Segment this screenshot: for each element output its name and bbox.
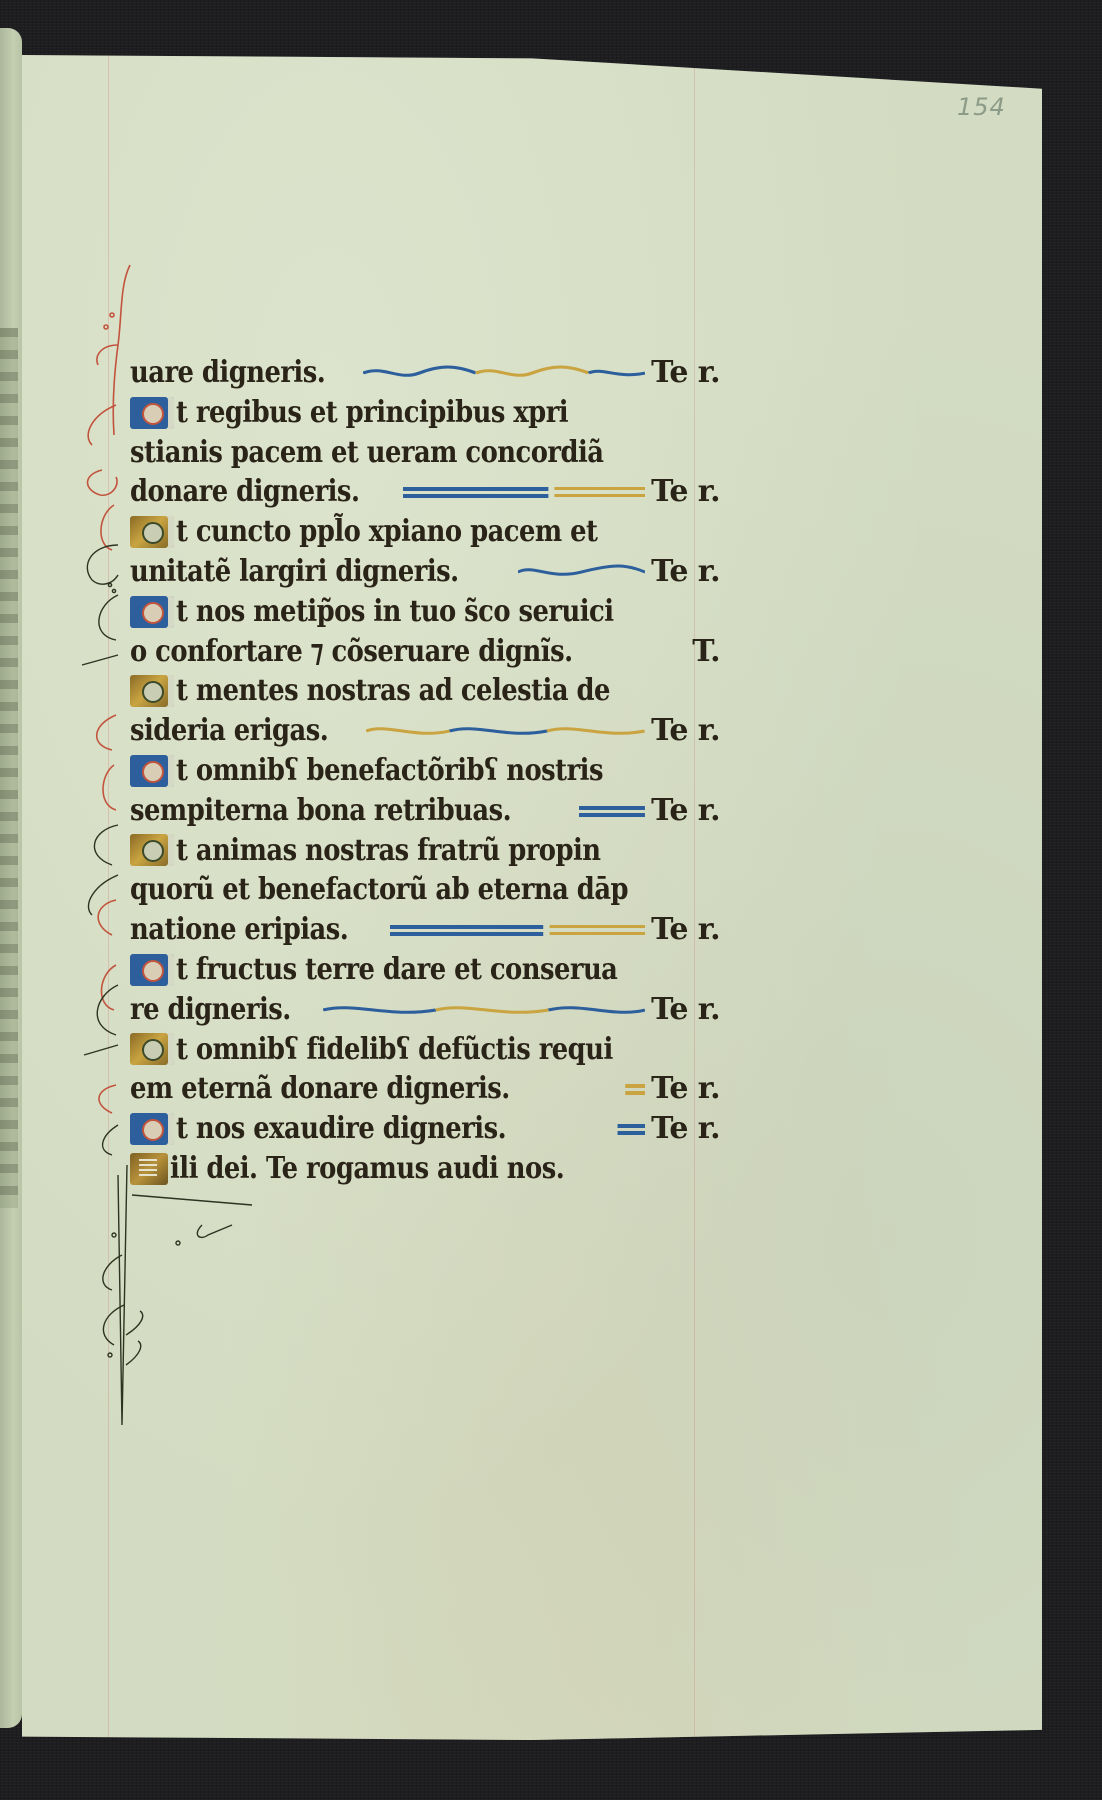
line-text: quorũ et benefactorũ ab eterna dāp [130,870,628,910]
line-response: Te r. [651,353,720,393]
line-response: Te r. [651,910,720,950]
line-text: t animas nostras fratrũ propin [176,831,601,871]
line-text: t mentes nostras ad celestia de [176,671,610,711]
line-filler-ornament [363,365,645,381]
line-text: t omnibʕ benefactõribʕ nostris [176,751,603,791]
line-response: Te r. [651,472,720,512]
text-line-20: t nos exaudire digneris. Te r. [130,1109,720,1149]
text-line-10: sideria erigas. Te r. [130,711,720,751]
text-line-6: unitatẽ largiri digneris. Te r. [130,552,720,592]
line-text: re digneris. [130,990,291,1030]
text-line-18: t omnibʕ fidelibʕ defũctis requi [130,1030,720,1070]
text-line-15: natione eripias. Te r. [130,910,720,950]
line-response: Te r. [651,791,720,831]
line-filler-ornament [390,922,645,938]
line-filler-ornament [518,564,645,580]
line-filler-ornament [566,1121,645,1137]
line-text: unitatẽ largiri digneris. [130,552,459,592]
line-text: ili dei. Te rogamus audi nos. [170,1149,564,1189]
text-line-11: t omnibʕ benefactõribʕ nostris [130,751,720,791]
text-line-8: o confortare ⁊ cõseruare dignĩs. T. [130,632,720,672]
text-line-17: re digneris. Te r. [130,990,720,1030]
line-response: Te r. [651,552,720,592]
line-filler-ornament [366,723,645,739]
previous-page-text-bleed [0,328,18,1208]
text-line-5: t cuncto ppl̃o xpiano pacem et [130,512,720,552]
line-text: t nos exaudire digneris. [176,1109,506,1149]
initial-u-blue [130,397,174,429]
black-penwork-tail-icon [82,1155,262,1455]
initial-f-gold [130,1153,168,1185]
initial-u-blue [130,755,174,787]
text-line-9: t mentes nostras ad celestia de [130,671,720,711]
text-line-16: t fructus terre dare et conserua [130,950,720,990]
line-text: stianis pacem et ueram concordiã [130,433,604,473]
text-line-7: t nos metip̃os in tuo s̃co seruici [130,592,720,632]
manuscript-page: 154 [22,55,1042,1740]
line-text: t regibus et principibus xpri [176,393,568,433]
folio-number: 154 [957,93,1006,121]
initial-u-gold [130,516,174,548]
text-line-4: donare digneris. Te r. [130,472,720,512]
line-filler-ornament [579,803,645,819]
initial-u-blue [130,954,174,986]
line-response: Te r. [651,990,720,1030]
line-filler-ornament [403,484,645,500]
line-response: Te r. [651,711,720,751]
line-text: t omnibʕ fidelibʕ defũctis requi [176,1030,613,1070]
initial-u-gold [130,675,174,707]
initial-u-blue [130,1113,174,1145]
line-text: t cuncto ppl̃o xpiano pacem et [176,512,597,552]
line-response: Te r. [651,1109,720,1149]
text-line-2: t regibus et principibus xpri [130,393,720,433]
line-text: sempiterna bona retribuas. [130,791,511,831]
line-filler-ornament [323,1002,645,1018]
line-text: em eternã donare digneris. [130,1069,510,1109]
text-line-21: ili dei. Te rogamus audi nos. [130,1149,720,1189]
line-text: o confortare ⁊ cõseruare dignĩs. [130,632,573,672]
line-response: Te r. [651,1069,720,1109]
text-line-13: t animas nostras fratrũ propin [130,831,720,871]
line-text: sideria erigas. [130,711,328,751]
initial-u-blue [130,596,174,628]
line-text: t nos metip̃os in tuo s̃co seruici [176,592,613,632]
line-text: uare digneris. [130,353,325,393]
text-line-14: quorũ et benefactorũ ab eterna dāp [130,870,720,910]
initial-u-gold [130,1033,174,1065]
text-line-19: em eternã donare digneris. Te r. [130,1069,720,1109]
line-filler-spacer [651,643,687,659]
line-text: t fructus terre dare et conserua [176,950,617,990]
text-line-3: stianis pacem et ueram concordiã [130,433,720,473]
line-text: donare digneris. [130,472,359,512]
previous-page-edge [0,28,22,1728]
initial-u-gold [130,834,174,866]
text-block: uare digneris. Te r. t regibus et princi… [130,353,720,1189]
line-filler-ornament [578,1081,646,1097]
text-line-12: sempiterna bona retribuas. Te r. [130,791,720,831]
line-text: natione eripias. [130,910,348,950]
text-line-1: uare digneris. Te r. [130,353,720,393]
line-response: T. [692,632,720,672]
